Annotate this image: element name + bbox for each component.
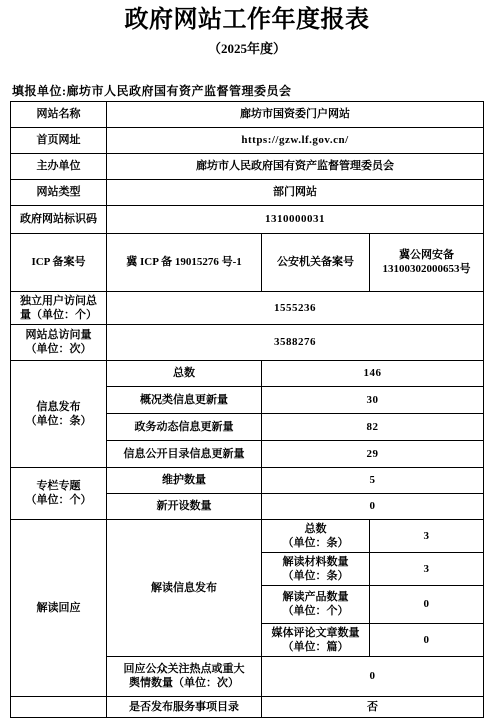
- service-directory-label: 是否发布服务事项目录: [107, 696, 262, 717]
- interpretation-label: 解读回应: [11, 519, 107, 696]
- disclosure-update-label: 信息公开目录信息更新量: [107, 440, 262, 467]
- table-row: 信息发布 （单位：条） 总数 146: [11, 360, 484, 386]
- interp-total-value: 3: [370, 519, 484, 552]
- service-directory-value: 否: [262, 696, 484, 717]
- table-row: 政府网站标识码 1310000031: [11, 205, 484, 233]
- columns-topics-label: 专栏专题 （单位：个）: [11, 467, 107, 519]
- total-visits-label: 网站总访问量 （单位：次）: [11, 324, 107, 360]
- public-response-label: 回应公众关注热点或重大 舆情数量（单位：次）: [107, 656, 262, 696]
- page-title: 政府网站工作年度报表: [0, 6, 494, 35]
- table-row: 网站类型 部门网站: [11, 179, 484, 205]
- maintained-count-label: 维护数量: [107, 467, 262, 493]
- table-row: 首页网址 https://gzw.lf.gov.cn/: [11, 127, 484, 153]
- table-row: 解读回应 解读信息发布 总数 （单位：条） 3: [11, 519, 484, 552]
- new-count-value: 0: [262, 493, 484, 519]
- media-comment-value: 0: [370, 623, 484, 656]
- interp-product-value: 0: [370, 585, 484, 623]
- overview-update-value: 30: [262, 386, 484, 413]
- site-type-label: 网站类型: [11, 179, 107, 205]
- total-visits-value: 3588276: [107, 324, 484, 360]
- police-filing-label: 公安机关备案号: [262, 233, 370, 291]
- table-row: 网站名称 廊坊市国资委门户网站: [11, 101, 484, 127]
- icp-label: ICP 备案号: [11, 233, 107, 291]
- gov-news-update-label: 政务动态信息更新量: [107, 413, 262, 440]
- empty-section-cell: [11, 696, 107, 717]
- table-row: 是否发布服务事项目录 否: [11, 696, 484, 717]
- interp-total-label: 总数 （单位：条）: [262, 519, 370, 552]
- table-row: ICP 备案号 冀 ICP 备 19015276 号-1 公安机关备案号 冀公网…: [11, 233, 484, 291]
- media-comment-label: 媒体评论文章数量 （单位：篇）: [262, 623, 370, 656]
- interp-material-value: 3: [370, 552, 484, 585]
- site-id-value: 1310000031: [107, 205, 484, 233]
- police-filing-number: 冀公网安备 13100302000653号: [370, 233, 484, 291]
- unique-visitors-value: 1555236: [107, 291, 484, 324]
- site-id-label: 政府网站标识码: [11, 205, 107, 233]
- maintained-count-value: 5: [262, 467, 484, 493]
- site-type-value: 部门网站: [107, 179, 484, 205]
- site-name-label: 网站名称: [11, 101, 107, 127]
- table-row: 专栏专题 （单位：个） 维护数量 5: [11, 467, 484, 493]
- disclosure-update-value: 29: [262, 440, 484, 467]
- interpretation-publish-label: 解读信息发布: [107, 519, 262, 656]
- info-total-value: 146: [262, 360, 484, 386]
- annual-report-page: 政府网站工作年度报表 （2025年度） 填报单位:廊坊市人民政府国有资产监督管理…: [0, 0, 494, 719]
- table-row: 独立用户访问总 量（单位：个） 1555236: [11, 291, 484, 324]
- organizer-value: 廊坊市人民政府国有资产监督管理委员会: [107, 153, 484, 179]
- table-row: 主办单位 廊坊市人民政府国有资产监督管理委员会: [11, 153, 484, 179]
- home-url-value: https://gzw.lf.gov.cn/: [107, 127, 484, 153]
- interp-product-label: 解读产品数量 （单位：个）: [262, 585, 370, 623]
- icp-number: 冀 ICP 备 19015276 号-1: [107, 233, 262, 291]
- info-total-label: 总数: [107, 360, 262, 386]
- site-name-value: 廊坊市国资委门户网站: [107, 101, 484, 127]
- table-row: 网站总访问量 （单位：次） 3588276: [11, 324, 484, 360]
- gov-news-update-value: 82: [262, 413, 484, 440]
- new-count-label: 新开设数量: [107, 493, 262, 519]
- public-response-value: 0: [262, 656, 484, 696]
- filing-unit: 填报单位:廊坊市人民政府国有资产监督管理委员会: [12, 82, 494, 99]
- organizer-label: 主办单位: [11, 153, 107, 179]
- report-table: 网站名称 廊坊市国资委门户网站 首页网址 https://gzw.lf.gov.…: [10, 101, 484, 718]
- page-subtitle: （2025年度）: [0, 38, 494, 57]
- overview-update-label: 概况类信息更新量: [107, 386, 262, 413]
- info-publish-label: 信息发布 （单位：条）: [11, 360, 107, 467]
- interp-material-label: 解读材料数量 （单位：条）: [262, 552, 370, 585]
- unique-visitors-label: 独立用户访问总 量（单位：个）: [11, 291, 107, 324]
- home-url-label: 首页网址: [11, 127, 107, 153]
